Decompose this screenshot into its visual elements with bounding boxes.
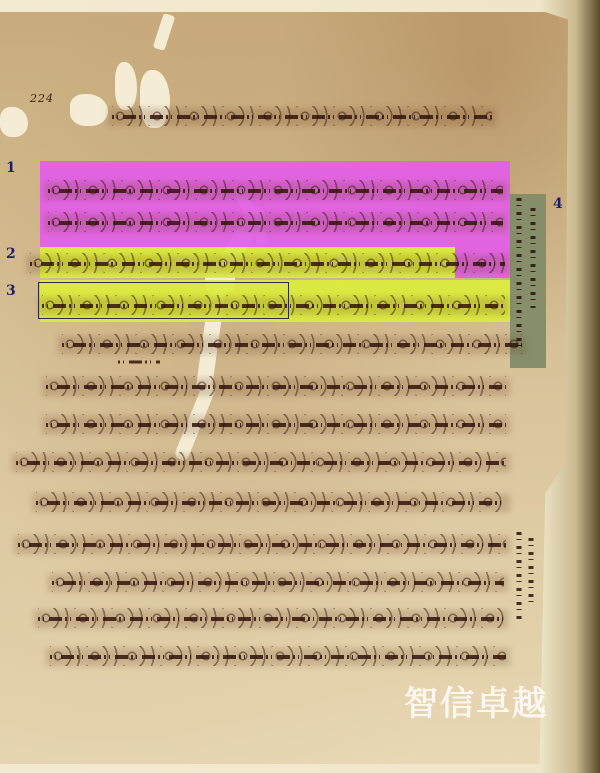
annotation-1-highlight bbox=[40, 161, 510, 247]
marginal-note-upper-a bbox=[514, 198, 524, 348]
text-line-9 bbox=[16, 452, 506, 474]
text-line-12 bbox=[52, 572, 504, 594]
damage-hole bbox=[0, 107, 28, 137]
text-line-14 bbox=[50, 646, 506, 668]
text-line-3 bbox=[48, 212, 503, 234]
annotation-label-4: 4 bbox=[553, 196, 563, 212]
folio-number: 224 bbox=[30, 92, 54, 105]
annotation-3-box bbox=[38, 282, 289, 319]
text-line-1 bbox=[112, 106, 492, 128]
damage-tear bbox=[153, 13, 176, 51]
marginal-note-upper-b bbox=[528, 208, 538, 308]
damage-hole bbox=[115, 62, 137, 110]
manuscript-page: 224 bbox=[0, 12, 568, 764]
text-line-10 bbox=[36, 492, 506, 514]
marginal-note-lower-a bbox=[514, 532, 524, 622]
damage-hole bbox=[70, 94, 108, 126]
text-line-6 bbox=[62, 334, 522, 356]
text-line-4 bbox=[30, 253, 505, 275]
text-line-13 bbox=[38, 608, 504, 630]
annotation-label-2: 2 bbox=[6, 246, 16, 262]
interlinear-note bbox=[118, 356, 160, 370]
text-line-7 bbox=[46, 376, 506, 398]
text-line-2 bbox=[48, 180, 503, 202]
text-line-8 bbox=[46, 414, 506, 436]
annotation-label-1: 1 bbox=[6, 160, 16, 176]
watermark: 智信卓越 bbox=[404, 676, 548, 725]
annotation-label-3: 3 bbox=[6, 283, 16, 299]
text-line-11 bbox=[18, 534, 506, 556]
marginal-note-lower-b bbox=[526, 538, 536, 608]
